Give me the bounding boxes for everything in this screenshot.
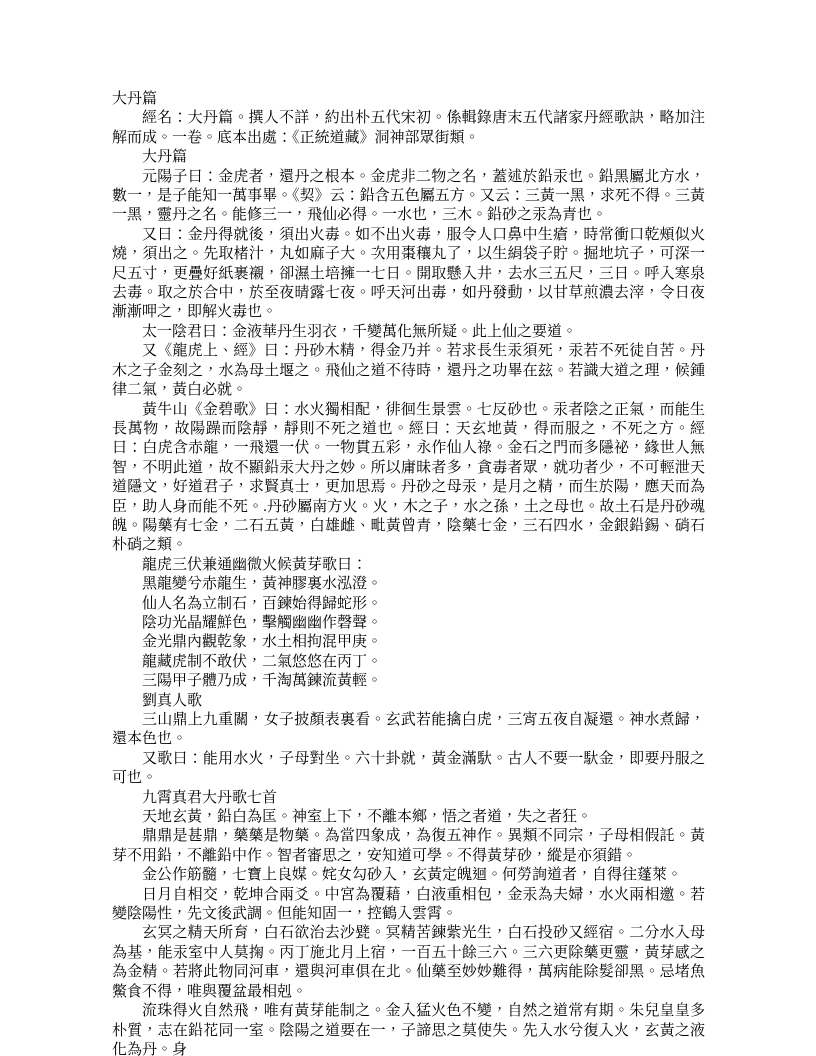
paragraph: 又曰：金丹得就後，須出火毒。如不出火毒，服令人口鼻中生瘡，時常衝口乾頰似火燒，須… <box>112 226 705 323</box>
poem-line: 黑龍變兮赤龍生，黃神膠裏水泓澄。 <box>112 575 705 594</box>
poem-title: 劉真人歌 <box>112 692 705 711</box>
poem-line: 龍藏虎制不敢伏，二氣悠悠在丙丁。 <box>112 653 705 672</box>
paragraph: 三山鼎上九重關，女子披顏表裏看。玄武若能擒白虎，三宵五夜自凝還。神水煮歸，還本色… <box>112 711 705 750</box>
paragraph: 黃牛山《金碧歌》曰：水火獨相配，徘徊生景雲。七反砂也。汞者陰之正氣，而能生長萬物… <box>112 401 705 556</box>
text-page: 大丹篇 經名：大丹篇。撰人不詳，約出朴五代宋初。係輯錄唐末五代諸家丹經歌訣，略加… <box>0 0 816 1056</box>
edition-note: 經名：大丹篇。撰人不詳，約出朴五代宋初。係輯錄唐末五代諸家丹經歌訣，略加注解而成… <box>112 109 705 148</box>
poem-line: 陰功光晶耀鮮色，擊觸幽幽作磬聲。 <box>112 614 705 633</box>
section-title: 大丹篇 <box>112 148 705 167</box>
poem-stanza: 鼎鼎是甚鼎，藥藥是物藥。為當四象成，為復五神作。異類不同宗，子母相假託。黃芽不用… <box>112 827 705 866</box>
poem-stanza: 流珠得火自然飛，唯有黃芽能制之。金入猛火色不變，自然之道常有期。朱兒皇皇多朴質，… <box>112 1002 705 1056</box>
paragraph: 元陽子曰：金虎者，還丹之根本。金虎非二物之名，蓋述於鉛汞也。鉛黑屬北方水，數一，… <box>112 168 705 226</box>
poem-stanza: 金公作筋髓，七寶上良媒。姹女勾砂入，玄黃定魄迴。何勞詢道者，自得往蓬萊。 <box>112 866 705 885</box>
poem-stanza: 日月自相交，乾坤合兩爻。中宮為覆藉，白液重相包，金汞為夫婦，水火兩相邀。若變陰陽… <box>112 886 705 925</box>
paragraph: 又《龍虎上、經》曰：丹砂木精，得金乃并。若求長生汞須死，汞若不死徒自苦。丹木之子… <box>112 342 705 400</box>
poem-title: 九霄真君大丹歌七首 <box>112 789 705 808</box>
poem-stanza: 天地玄黃，鉛白為匡。神室上下，不離本鄉，悟之者道，失之者狂。 <box>112 808 705 827</box>
document-page: { "page": { "background_color": "#ffffff… <box>0 0 816 1056</box>
paragraph: 又歌曰：能用水火，子母對坐。六十卦就，黃金滿馱。古人不要一馱金，即要丹服之可也。 <box>112 750 705 789</box>
poem-title: 龍虎三伏兼通幽微火候黃芽歌曰： <box>112 556 705 575</box>
poem-line: 三陽甲子體乃成，千淘萬鍊流黃輕。 <box>112 672 705 691</box>
document-title: 大丹篇 <box>112 90 705 109</box>
paragraph: 太一陰君曰：金液華丹生羽衣，千變萬化無所疑。此上仙之要道。 <box>112 323 705 342</box>
poem-stanza: 玄冥之精天所育，白石欲治去沙甓。冥精苦鍊紫光生，白石投砂又經宿。二分水入母為基，… <box>112 924 705 1002</box>
poem-line: 金光鼎內觀乾象，水土相拘混甲庚。 <box>112 633 705 652</box>
poem-line: 仙人名為立制石，百鍊始得歸蛇形。 <box>112 595 705 614</box>
